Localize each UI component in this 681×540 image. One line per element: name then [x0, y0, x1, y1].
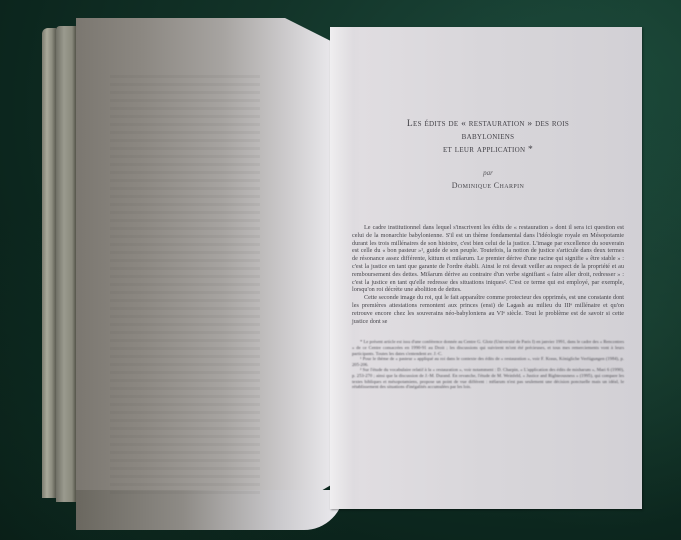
footnotes: * Le présent article est issu d'une conf… [352, 339, 624, 389]
gutter-highlight [330, 27, 354, 509]
article-body: Le cadre institutionnel dans lequel s'in… [352, 224, 624, 325]
title-line: babyloniens [352, 131, 624, 144]
author-name: Dominique Charpin [352, 181, 624, 190]
article-title: Les édits de « restauration » des rois b… [352, 118, 624, 157]
byline-prefix: par [352, 169, 624, 177]
book-back-cover-edge [56, 26, 76, 502]
title-line: et leur application * [352, 144, 624, 157]
left-page-curl [76, 490, 344, 530]
open-book: Les édits de « restauration » des rois b… [0, 0, 681, 540]
left-page-show-through-text [110, 75, 260, 495]
title-line: Les édits de « restauration » des rois [352, 118, 624, 131]
body-paragraph: Cette seconde image du roi, qui le fait … [352, 294, 624, 325]
article-content: Les édits de « restauration » des rois b… [352, 118, 624, 390]
footnote: * Le présent article est issu d'une conf… [352, 339, 624, 356]
book-cover-edge [42, 28, 56, 498]
body-paragraph: Le cadre institutionnel dans lequel s'in… [352, 224, 624, 294]
footnote: ¹ Pour le thème de « pasteur » appliqué … [352, 356, 624, 367]
footnote: ² Sur l'étude du vocabulaire relatif à l… [352, 367, 624, 389]
